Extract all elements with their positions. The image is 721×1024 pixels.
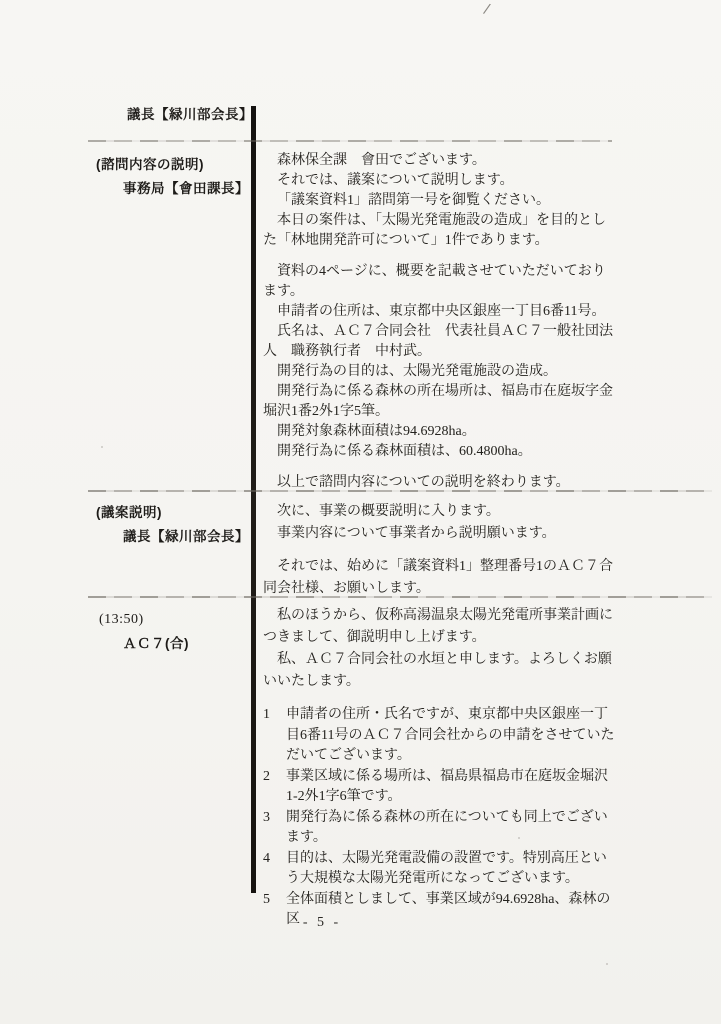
page-number: - 5 - (272, 915, 372, 931)
speaker-label-secretariat: 事務局【會田課長】 (123, 180, 249, 198)
numbered-list: 1 申請者の住所・氏名ですが、東京都中央区銀座一丁目6番11号のＡＣ７合同会社か… (263, 705, 617, 931)
list-item: 1 申請者の住所・氏名ですが、東京都中央区銀座一丁目6番11号のＡＣ７合同会社か… (263, 705, 617, 767)
list-item-number: 3 (263, 808, 278, 849)
paragraph: 本日の案件は、「太陽光発電施設の造成」を目的とした「林地開発許可について」1件で… (263, 211, 617, 251)
section-body-secretariat: 森林保全課 會田でございます。 それでは、議案について説明します。 「議案資料1… (263, 151, 617, 493)
list-item-text: 申請者の住所・氏名ですが、東京都中央区銀座一丁目6番11号のＡＣ７合同会社からの… (286, 705, 617, 767)
list-item-text: 事業区域に係る場所は、福島県福島市在庭坂金堀沢1-2外1字6筆です。 (286, 767, 617, 808)
list-item: 3 開発行為に係る森林の所在についても同上でございます。 (263, 808, 617, 849)
speaker-label-chair-2: 議長【緑川部会長】 (123, 528, 249, 546)
speaker-label-chair: 議長【緑川部会長】 (127, 106, 253, 124)
paragraph: 開発行為に係る森林の所在場所は、福島市在庭坂字金堀沢1番2外1字5筆。 (263, 382, 617, 422)
section-separator-1 (88, 140, 612, 142)
list-item-text: 目的は、太陽光発電設備の設置です。特別高圧という大規模な太陽光発電所になってござ… (286, 849, 617, 890)
list-item: 2 事業区域に係る場所は、福島県福島市在庭坂金堀沢1-2外1字6筆です。 (263, 767, 617, 808)
scan-speck (101, 446, 103, 448)
list-item-number: 2 (263, 767, 278, 808)
list-item-number: 1 (263, 705, 278, 767)
speaker-label-ac7: ＡＣ７(合) (123, 635, 189, 653)
paragraph: 森林保全課 會田でございます。 (263, 151, 617, 171)
paragraph: 事業内容について事業者から説明願います。 (263, 523, 617, 545)
paragraph: 私のほうから、仮称高湯温泉太陽光発電所事業計画につきまして、御説明申し上げます。 (263, 605, 617, 649)
list-item-number: 4 (263, 849, 278, 890)
section-note-consultation: (諮問内容の説明) (96, 156, 204, 174)
paragraph: 開発対象森林面積は94.6928ha。 (263, 422, 617, 442)
list-item: 4 目的は、太陽光発電設備の設置です。特別高圧という大規模な太陽光発電所になって… (263, 849, 617, 890)
scan-speck (606, 963, 608, 965)
paragraph: 開発行為の目的は、太陽光発電施設の造成。 (263, 362, 617, 382)
scanned-minutes-page: / 議長【緑川部会長】 (諮問内容の説明) 事務局【會田課長】 森林保全課 會田… (0, 0, 721, 1024)
paragraph: 氏名は、ＡＣ７合同会社 代表社員ＡＣ７一般社団法人 職務執行者 中村武。 (263, 322, 617, 362)
timestamp-label: (13:50) (99, 611, 144, 629)
list-item-text: 開発行為に係る森林の所在についても同上でございます。 (286, 808, 617, 849)
paragraph: 私、ＡＣ７合同会社の水垣と申します。よろしくお願いいたします。 (263, 649, 617, 693)
paragraph: 申請者の住所は、東京都中央区銀座一丁目6番11号。 (263, 302, 617, 322)
section-note-agenda: (議案説明) (96, 504, 162, 522)
scan-artifact-slash: / (482, 1, 492, 17)
paragraph: 以上で諮問内容についての説明を終わります。 (263, 473, 617, 493)
scan-speck (518, 837, 520, 839)
paragraph: 次に、事業の概要説明に入ります。 (263, 501, 617, 523)
paragraph: それでは、議案について説明します。 (263, 171, 617, 191)
paragraph: 資料の4ページに、概要を記載させていただいております。 (263, 262, 617, 302)
paragraph: 開発行為に係る森林面積は、60.4800ha。 (263, 442, 617, 462)
paragraph: それでは、始めに「議案資料1」整理番号1のＡＣ７合同会社様、お願いします。 (263, 556, 617, 600)
speaker-column-divider (251, 106, 256, 893)
section-body-chair: 次に、事業の概要説明に入ります。 事業内容について事業者から説明願います。 それ… (263, 501, 617, 600)
paragraph: 「議案資料1」諮問第一号を御覧ください。 (263, 191, 617, 211)
section-body-ac7: 私のほうから、仮称高湯温泉太陽光発電所事業計画につきまして、御説明申し上げます。… (263, 605, 617, 931)
